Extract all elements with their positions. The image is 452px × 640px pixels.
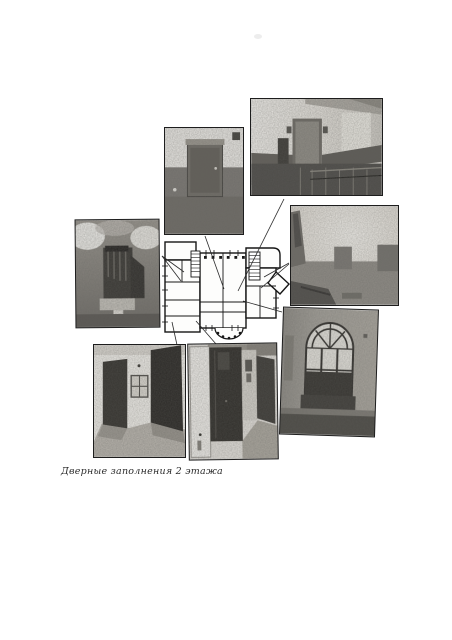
floor-plan	[162, 240, 290, 342]
corridor-two-doors-photo	[93, 344, 186, 458]
scan-smudge-artifact	[254, 34, 262, 39]
classroom-photo	[250, 98, 383, 196]
corridor-open-door-photo	[187, 342, 279, 460]
dark-door-photo	[164, 127, 244, 235]
figure-caption: Дверные заполнения 2 этажа	[61, 466, 223, 477]
scanned-page: Дверные заполнения 2 этажа	[0, 0, 452, 640]
arched-door-photo	[279, 307, 379, 438]
staircase-photo	[75, 219, 161, 329]
interior-room-photo	[290, 205, 399, 306]
